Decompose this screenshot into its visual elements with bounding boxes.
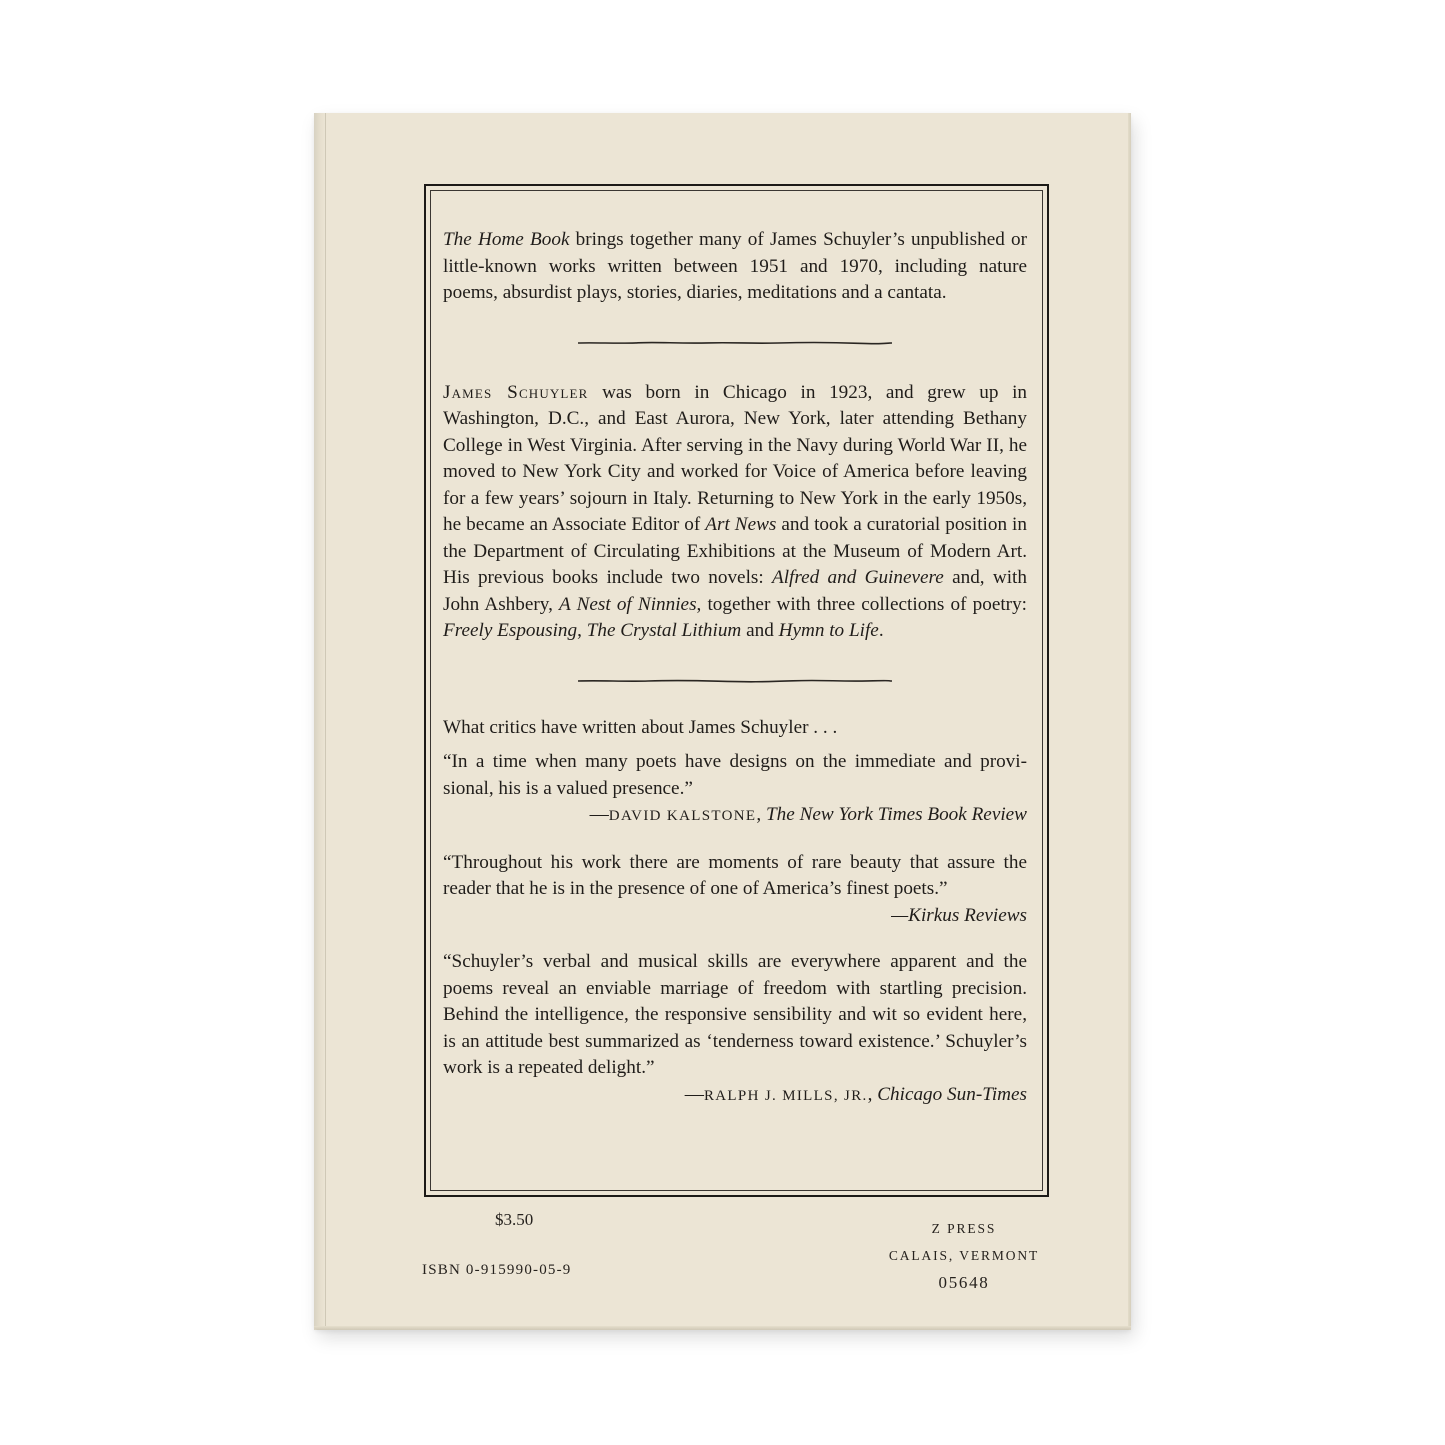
separator: , (868, 1084, 878, 1105)
critic-quote: “In a time when many poets have designs … (443, 749, 1027, 830)
separator: , (756, 804, 766, 825)
publication-name: Kirkus Reviews (908, 905, 1027, 926)
bio-text: , together with three collections of poe… (697, 594, 1027, 615)
critic-name: David Kalstone (609, 808, 757, 824)
quote-text: “Schuyler’s verbal and musical skills ar… (443, 949, 1027, 1082)
book-right-edge (1128, 113, 1131, 1330)
publisher-location: CALAIS, VERMONT (864, 1242, 1064, 1269)
poetry-title: Hymn to Life (779, 620, 879, 641)
intro-paragraph: The Home Book brings together many of Ja… (443, 227, 1027, 307)
dash: — (685, 1084, 704, 1105)
ornamental-rule (443, 678, 1027, 684)
novel-title: Alfred and Guinevere (772, 567, 944, 588)
magazine-title: Art News (705, 514, 776, 535)
ornamental-rule (443, 340, 1027, 346)
novel-title: A Nest of Ninnies (559, 594, 696, 615)
cover-text: The Home Book brings together many of Ja… (443, 227, 1027, 1109)
dash: — (891, 905, 908, 926)
critic-quote: “Schuyler’s verbal and musical skills ar… (443, 949, 1027, 1109)
quote-attribution: —Ralph J. Mills, Jr., Chicago Sun-Times (443, 1082, 1027, 1110)
dash: — (590, 804, 609, 825)
book-back-cover: The Home Book brings together many of Ja… (314, 113, 1131, 1330)
isbn-label: ISBN 0-915990-05-9 (422, 1262, 572, 1279)
bio-text: was born in Chicago in 1923, and grew up… (443, 382, 1027, 536)
wavy-rule-icon (578, 678, 892, 684)
publisher-name: Z PRESS (864, 1215, 1064, 1242)
quote-text: “In a time when many poets have designs … (443, 749, 1027, 802)
separator: , (577, 620, 587, 641)
quote-attribution: —Kirkus Reviews (443, 903, 1027, 930)
publisher-zip: 05648 (864, 1269, 1064, 1296)
separator: and (741, 620, 778, 641)
publisher-block: Z PRESS CALAIS, VERMONT 05648 (864, 1215, 1064, 1296)
bio-paragraph: James Schuyler was born in Chicago in 19… (443, 380, 1027, 645)
critics-lead: What critics have written about James Sc… (443, 715, 1027, 742)
book-spine-edge (314, 113, 326, 1330)
quote-text: “Throughout his work there are moments o… (443, 850, 1027, 903)
double-rule-frame: The Home Book brings together many of Ja… (424, 184, 1049, 1197)
book-title: The Home Book (443, 229, 569, 250)
quote-attribution: —David Kalstone, The New York Times Book… (443, 802, 1027, 830)
publication-name: Chicago Sun-Times (877, 1084, 1027, 1105)
book-bottom-edge (314, 1326, 1131, 1330)
wavy-rule-icon (578, 340, 892, 346)
publication-name: The New York Times Book Review (766, 804, 1027, 825)
bio-end: . (879, 620, 884, 641)
poetry-title: Freely Espousing (443, 620, 577, 641)
price-label: $3.50 (495, 1210, 533, 1230)
critic-quote: “Throughout his work there are moments o… (443, 850, 1027, 930)
poetry-title: The Crystal Lithium (587, 620, 742, 641)
author-name: James Schuyler (443, 382, 588, 403)
critic-name: Ralph J. Mills, Jr. (704, 1088, 868, 1104)
